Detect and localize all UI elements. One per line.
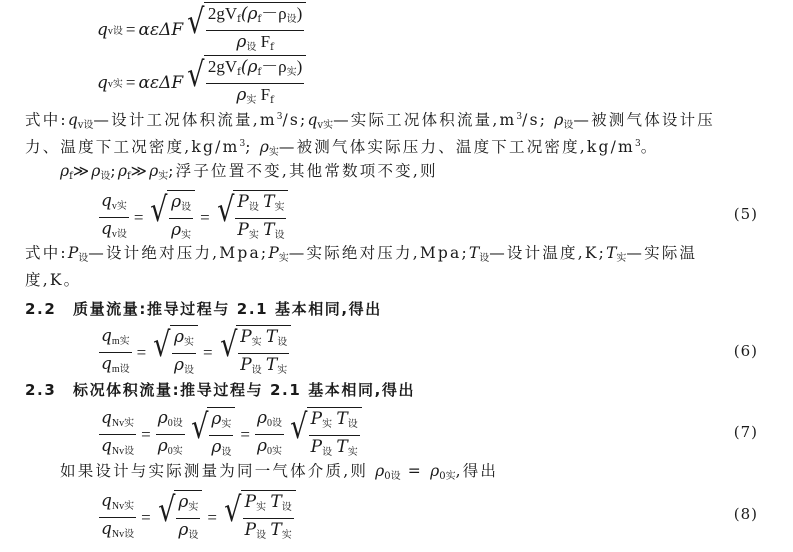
text: —设计工况体积流量,m	[93, 111, 276, 129]
equation-8: qNv实qNv设 = √ρ实ρ设 = √P实 T设P设 T实	[97, 490, 298, 545]
subscript: 实	[277, 365, 287, 376]
subscript: 设	[256, 530, 266, 541]
var: T	[266, 327, 277, 347]
section-heading-2-3: 2.3 标况体积流量:推导过程与 2.1 基本相同,得出	[25, 379, 415, 400]
var: q	[101, 519, 112, 539]
subscript: 0设	[267, 418, 282, 429]
var: T	[263, 192, 274, 212]
subscript: 实	[184, 337, 194, 348]
subscript: 设	[181, 202, 191, 213]
text: —实际绝对压力,Mpa;	[289, 244, 469, 262]
var-q: q	[97, 73, 108, 93]
fraction-lhs: qNv实qNv设	[99, 408, 136, 461]
subscript: v实	[108, 75, 123, 90]
equation-number-8: (8)	[734, 505, 758, 523]
subscript: 实	[269, 147, 279, 158]
subscript: 设	[252, 365, 262, 376]
sqrt: √ρ设ρ实	[148, 190, 195, 245]
subscript: 设	[221, 447, 231, 458]
var: T	[263, 220, 274, 240]
var: P	[240, 355, 251, 375]
subscript: 设	[188, 530, 198, 541]
var: q	[101, 354, 112, 374]
var: q	[101, 219, 112, 239]
var: P	[245, 492, 256, 512]
var: ρ	[158, 436, 168, 456]
subscript: 0实	[168, 446, 183, 457]
var: P	[237, 220, 248, 240]
subscript: 实	[282, 530, 292, 541]
subscript: Nv实	[112, 501, 134, 512]
var: ρ	[149, 162, 158, 180]
subscript: 设	[184, 365, 194, 376]
equation-number-7: (7)	[734, 423, 758, 441]
var: ρ	[375, 462, 384, 480]
assumption-line: ρf≫ρ设;ρf≫ρ实;浮子位置不变,其他常数项不变,则	[60, 160, 438, 188]
var: P	[240, 327, 251, 347]
text: 力、温度下工况密度,kg/m	[25, 138, 239, 156]
equation-5: qv实qv设 = √ρ设ρ实 = √P设 T实P实 T设	[97, 190, 290, 245]
where-clause-2-line-2: 度,K。	[25, 269, 81, 291]
var: ρ	[257, 436, 267, 456]
var: ρ	[178, 492, 188, 512]
var: P	[268, 244, 278, 262]
coefficient: αεΔF	[138, 73, 183, 93]
var: ρ	[174, 327, 184, 347]
subscript: 实	[246, 95, 256, 106]
sqrt: √ρ实ρ设	[189, 407, 236, 462]
text: /s;	[282, 111, 307, 129]
text: —实际工况体积流量,m	[333, 111, 516, 129]
operator: ≫	[73, 162, 91, 180]
var: ρ	[171, 220, 181, 240]
text: —设计温度,K;	[489, 244, 606, 262]
var: q	[101, 191, 112, 211]
var: q	[101, 436, 112, 456]
subscript: 设	[479, 253, 489, 264]
equation-7: qNv实qNv设 = ρ0设ρ0实 √ρ实ρ设 = ρ0设ρ0实 √P实 T设P…	[97, 407, 364, 462]
den-text: F	[261, 32, 270, 51]
subscript: 实	[348, 447, 358, 458]
subscript: Nv实	[112, 418, 134, 429]
sqrt: √ 2gVf(ρf－ρ实) ρ实 Ff	[185, 55, 306, 110]
text: —实际温	[626, 244, 697, 262]
num-text: 2gV	[208, 57, 237, 76]
fraction-lhs: qv实qv设	[99, 191, 129, 244]
subscript: 设	[563, 120, 573, 131]
var: q	[68, 111, 78, 129]
sqrt: √ρ实ρ设	[156, 490, 203, 545]
subscript: v实	[112, 201, 127, 212]
sqrt: √ρ实ρ设	[151, 325, 198, 380]
var: ρ	[158, 408, 168, 428]
operator: ≫	[131, 162, 149, 180]
subscript: 设	[282, 502, 292, 513]
den-text: ρ	[236, 85, 246, 105]
var: ρ	[174, 355, 184, 375]
var: ρ	[211, 437, 221, 457]
text: —设计绝对压力,Mpa;	[88, 244, 268, 262]
sqrt: √P实 T设P设 T实	[218, 325, 292, 380]
num-text: (ρ	[241, 4, 258, 24]
var: P	[311, 409, 322, 429]
subscript: v设	[78, 120, 94, 131]
equation-qv-design: qv设 = αεΔF √ 2gVf(ρf－ρ设) ρ设 Ff	[97, 2, 308, 57]
subscript: 0实	[267, 446, 282, 457]
var: q	[307, 111, 317, 129]
subscript: 实	[287, 67, 297, 78]
fraction-coef-2: ρ0设ρ0实	[255, 408, 284, 461]
text: 式中:	[25, 111, 68, 129]
subscript: m设	[112, 364, 130, 375]
var: ρ	[211, 409, 221, 429]
num-text: )	[297, 4, 303, 23]
var: T	[270, 520, 281, 540]
var: ρ	[260, 138, 269, 156]
subscript: 设	[78, 253, 88, 264]
text: ,得出	[456, 462, 499, 480]
subscript: f	[270, 42, 274, 53]
equation-number-5: (5)	[734, 205, 758, 223]
subscript: 0设	[168, 418, 183, 429]
var: T	[469, 244, 479, 262]
subscript: 实	[322, 419, 332, 430]
subscript: 设	[348, 419, 358, 430]
subscript: 设	[287, 14, 297, 25]
subscript: 实	[158, 171, 168, 182]
equation-qv-actual: qv实 = αεΔF √ 2gVf(ρf－ρ实) ρ实 Ff	[97, 55, 308, 110]
var: P	[245, 520, 256, 540]
text: ;浮子位置不变,其他常数项不变,则	[168, 162, 437, 180]
subscript: v设	[108, 22, 123, 37]
subscript: 设	[274, 230, 284, 241]
sqrt: √ 2gVf(ρf－ρ设) ρ设 Ff	[185, 2, 306, 57]
subscript: 实	[616, 253, 626, 264]
num-text: －ρ	[261, 4, 286, 23]
subscript: 设	[246, 42, 256, 53]
text: —被测气体实际压力、温度下工况密度,kg/m	[279, 138, 635, 156]
var: q	[101, 408, 112, 428]
num-text: 2gV	[208, 4, 237, 23]
var: T	[336, 437, 347, 457]
text: 。	[641, 138, 659, 156]
subscript: 0设	[384, 471, 400, 482]
var-q: q	[97, 20, 108, 40]
var: ρ	[178, 520, 188, 540]
text: —被测气体设计压	[573, 111, 715, 129]
subscript: m实	[112, 336, 130, 347]
fraction: 2gVf(ρf－ρ设) ρ设 Ff	[206, 4, 304, 57]
var: ρ	[118, 162, 127, 180]
subscript: v设	[112, 229, 127, 240]
equation-number-6: (6)	[734, 342, 758, 360]
fraction: 2gVf(ρf－ρ实) ρ实 Ff	[206, 57, 304, 110]
subscript: 设	[100, 171, 110, 182]
text: 式中:	[25, 244, 68, 262]
same-gas-line: 如果设计与实际测量为同一气体介质,则 ρ0设 = ρ0实,得出	[60, 460, 498, 488]
subscript: 实	[221, 419, 231, 430]
var: q	[101, 326, 112, 346]
num-text: )	[297, 57, 303, 76]
operator: =	[401, 462, 430, 480]
var: T	[336, 409, 347, 429]
fraction-lhs: qm实qm设	[99, 326, 132, 379]
subscript: 实	[188, 502, 198, 513]
subscript: 实	[181, 230, 191, 241]
var: ρ	[171, 192, 181, 212]
var: P	[68, 244, 78, 262]
subscript: 设	[322, 447, 332, 458]
den-text: ρ	[236, 32, 246, 52]
text: ;	[245, 138, 260, 156]
text: /s;	[522, 111, 554, 129]
subscript: Nv设	[112, 529, 134, 540]
subscript: 0实	[439, 471, 455, 482]
subscript: 实	[279, 253, 289, 264]
num-text: (ρ	[241, 57, 258, 77]
coefficient: αεΔF	[138, 20, 183, 40]
where-clause-2-line-1: 式中:P设—设计绝对压力,Mpa;P实—实际绝对压力,Mpa;T设—设计温度,K…	[25, 242, 697, 270]
subscript: v实	[317, 120, 333, 131]
subscript: 设	[249, 202, 259, 213]
var: ρ	[257, 408, 267, 428]
subscript: 实	[252, 337, 262, 348]
var: P	[237, 192, 248, 212]
text: ;	[110, 162, 117, 180]
equation-6: qm实qm设 = √ρ实ρ设 = √P实 T设P设 T实	[97, 325, 293, 380]
fraction-lhs: qNv实qNv设	[99, 491, 136, 544]
sqrt: √P实 T设P设 T实	[222, 490, 296, 545]
var: ρ	[430, 462, 439, 480]
subscript: f	[270, 95, 274, 106]
var: ρ	[60, 162, 69, 180]
fraction-coef-1: ρ0设ρ0实	[156, 408, 185, 461]
section-heading-2-2: 2.2 质量流量:推导过程与 2.1 基本相同,得出	[25, 298, 382, 319]
var: q	[101, 491, 112, 511]
sqrt: √P设 T实P实 T设	[215, 190, 289, 245]
subscript: Nv设	[112, 446, 134, 457]
den-text: F	[261, 85, 270, 104]
subscript: 实	[249, 230, 259, 241]
subscript: 设	[277, 337, 287, 348]
subscript: 实	[256, 502, 266, 513]
sqrt: √P实 T设P设 T实	[288, 407, 362, 462]
var: T	[270, 492, 281, 512]
num-text: －ρ	[261, 57, 286, 76]
text: 如果设计与实际测量为同一气体介质,则	[60, 462, 375, 480]
var: T	[266, 355, 277, 375]
var: P	[311, 437, 322, 457]
var: T	[606, 244, 616, 262]
subscript: 实	[274, 202, 284, 213]
